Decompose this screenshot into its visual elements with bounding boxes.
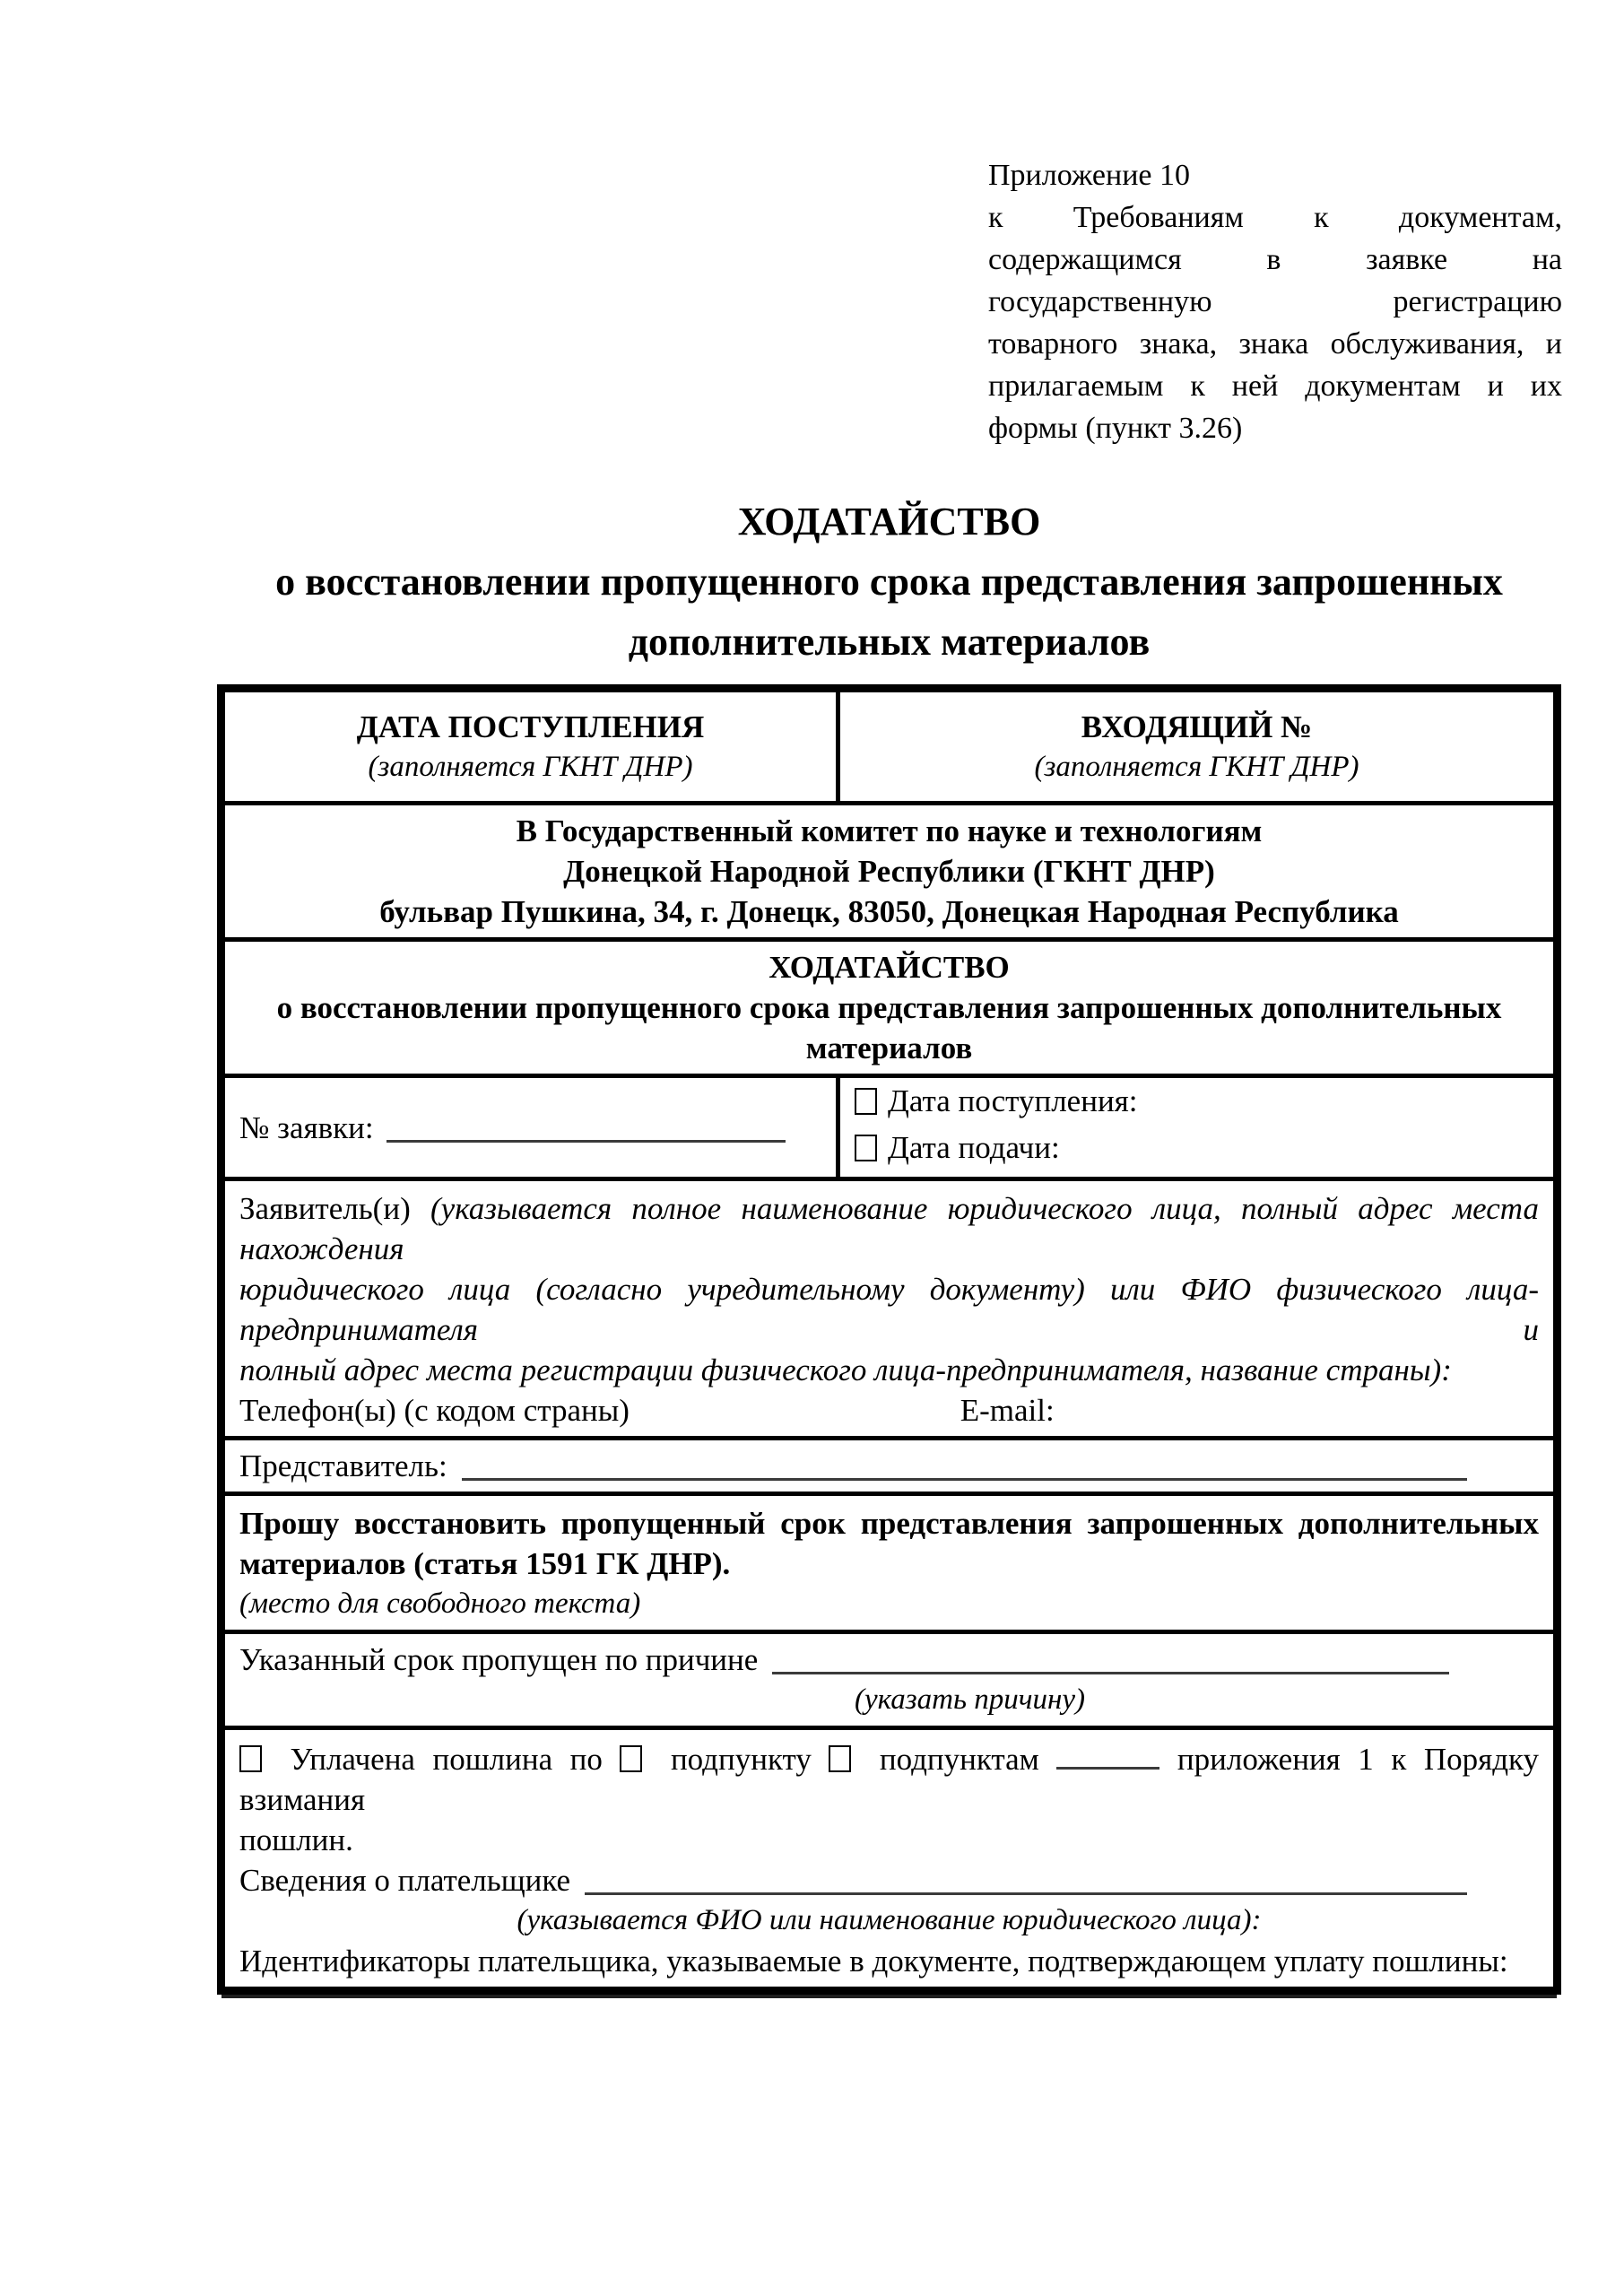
committee-line3: бульвар Пушкина, 34, г. Донецк, 83050, Д… [239, 891, 1539, 932]
date-received-label: Дата поступления: [888, 1078, 1138, 1125]
committee-cell: В Государственный комитет по науке и тех… [221, 804, 1558, 940]
request-note: (место для свободного текста) [239, 1584, 1539, 1624]
appendix-line: товарного знака, знака обслуживания, и [988, 323, 1562, 365]
payer-label: Сведения о плательщике [239, 1860, 570, 1900]
representative-cell: Представитель: [221, 1439, 1558, 1494]
reason-cell: Указанный срок пропущен по причине (указ… [221, 1632, 1558, 1728]
fee-subclauses-field[interactable] [1056, 1742, 1159, 1770]
petition-heading-line2: о восстановлении пропущенного срока пред… [239, 987, 1539, 1028]
application-number-label: № заявки: [239, 1108, 374, 1148]
applicant-label: Заявитель(и) [239, 1191, 411, 1226]
incoming-number-stamp-note: (заполняется ГКНТ ДНР) [855, 747, 1539, 787]
fee-subclause-checkbox[interactable] [620, 1745, 642, 1772]
appendix-reference-block: Приложение 10 к Требованиям к документам… [988, 154, 1562, 449]
representative-row: Представитель: [221, 1439, 1558, 1494]
stamp-header-row: ДАТА ПОСТУПЛЕНИЯ (заполняется ГКНТ ДНР) … [221, 689, 1558, 804]
representative-label: Представитель: [239, 1446, 447, 1486]
petition-form-table: ДАТА ПОСТУПЛЕНИЯ (заполняется ГКНТ ДНР) … [217, 684, 1561, 1995]
fee-cell: Уплачена пошлина по подпункту подпунктам… [221, 1728, 1558, 1991]
incoming-number-stamp-cell: ВХОДЯЩИЙ № (заполняется ГКНТ ДНР) [838, 689, 1558, 804]
fee-paid-line: Уплачена пошлина по подпункту подпунктам… [239, 1739, 1539, 1820]
fee-subclauses-label: подпунктам [880, 1742, 1039, 1777]
reason-field[interactable] [772, 1647, 1449, 1674]
request-cell: Прошу восстановить пропущенный срок пред… [221, 1494, 1558, 1632]
applicant-note-line2: юридического лица (согласно учредительно… [239, 1269, 1539, 1350]
appendix-line: содержащимся в заявке на [988, 239, 1562, 281]
appendix-line: прилагаемым к ней документам и их [988, 365, 1562, 407]
document-title-line3: дополнительных материалов [217, 612, 1561, 672]
reason-row: Указанный срок пропущен по причине (указ… [221, 1632, 1558, 1728]
appendix-line: формы (пункт 3.26) [988, 407, 1562, 449]
application-dates-cell: Дата поступления: Дата подачи: [838, 1076, 1558, 1179]
date-filed-checkbox[interactable] [855, 1135, 877, 1161]
incoming-number-stamp-label: ВХОДЯЩИЙ № [855, 707, 1539, 747]
reason-label: Указанный срок пропущен по причине [239, 1639, 758, 1680]
applicant-cell: Заявитель(и) (указывается полное наимено… [221, 1179, 1558, 1439]
request-row: Прошу восстановить пропущенный срок пред… [221, 1494, 1558, 1632]
payer-line: Сведения о плательщике [239, 1860, 1539, 1900]
phone-label: Телефон(ы) (с кодом страны) [239, 1390, 952, 1431]
appendix-line: к Требованиям к документам, [988, 196, 1562, 239]
payer-identifiers-label: Идентификаторы плательщика, указываемые … [239, 1941, 1539, 1981]
petition-heading-cell: ХОДАТАЙСТВО о восстановлении пропущенног… [221, 940, 1558, 1076]
application-row: № заявки: Дата поступления: Дата подачи: [221, 1076, 1558, 1179]
payer-field[interactable] [585, 1867, 1467, 1895]
request-line1: Прошу восстановить пропущенный срок пред… [239, 1503, 1539, 1544]
fee-subclauses-checkbox[interactable] [829, 1745, 851, 1772]
document-title-line1: ХОДАТАЙСТВО [217, 491, 1561, 552]
fee-paid-label: Уплачена пошлина по [291, 1742, 603, 1777]
committee-line1: В Государственный комитет по науке и тех… [239, 811, 1539, 851]
appendix-line: государственную регистрацию [988, 281, 1562, 323]
date-received-checkbox[interactable] [855, 1088, 877, 1115]
fee-subclause-label: подпункту [671, 1742, 812, 1777]
applicant-contacts-line: Телефон(ы) (с кодом страны) E-mail: [239, 1390, 1539, 1431]
petition-heading-line3: материалов [239, 1028, 1539, 1068]
date-received-stamp-cell: ДАТА ПОСТУПЛЕНИЯ (заполняется ГКНТ ДНР) [221, 689, 838, 804]
committee-line2: Донецкой Народной Республики (ГКНТ ДНР) [239, 851, 1539, 891]
email-label: E-mail: [960, 1393, 1055, 1428]
date-received-stamp-note: (заполняется ГКНТ ДНР) [239, 747, 821, 787]
document-title-line2: о восстановлении пропущенного срока пред… [217, 552, 1561, 612]
date-received-stamp-label: ДАТА ПОСТУПЛЕНИЯ [239, 707, 821, 747]
fee-row: Уплачена пошлина по подпункту подпунктам… [221, 1728, 1558, 1991]
document-title: ХОДАТАЙСТВО о восстановлении пропущенног… [217, 491, 1561, 672]
applicant-row: Заявитель(и) (указывается полное наимено… [221, 1179, 1558, 1439]
reason-note: (указать причину) [239, 1680, 1539, 1720]
fee-line2: пошлин. [239, 1820, 1539, 1860]
petition-heading-row: ХОДАТАЙСТВО о восстановлении пропущенног… [221, 940, 1558, 1076]
petition-heading-line1: ХОДАТАЙСТВО [239, 947, 1539, 987]
committee-row: В Государственный комитет по науке и тех… [221, 804, 1558, 940]
date-filed-label: Дата подачи: [888, 1125, 1060, 1171]
application-number-field[interactable] [386, 1115, 786, 1143]
applicant-note-line1: Заявитель(и) (указывается полное наимено… [239, 1188, 1539, 1269]
fee-paid-checkbox[interactable] [239, 1745, 262, 1772]
appendix-line: Приложение 10 [988, 154, 1562, 196]
applicant-note-line3: полный адрес места регистрации физическо… [239, 1350, 1539, 1390]
application-number-cell: № заявки: [221, 1076, 838, 1179]
request-line2: материалов (статья 1591 ГК ДНР). [239, 1544, 1539, 1584]
document-page: { "colors": { "text": "#000000", "border… [0, 0, 1624, 2296]
payer-note: (указывается ФИО или наименование юридич… [239, 1900, 1539, 1941]
representative-field[interactable] [462, 1453, 1467, 1481]
